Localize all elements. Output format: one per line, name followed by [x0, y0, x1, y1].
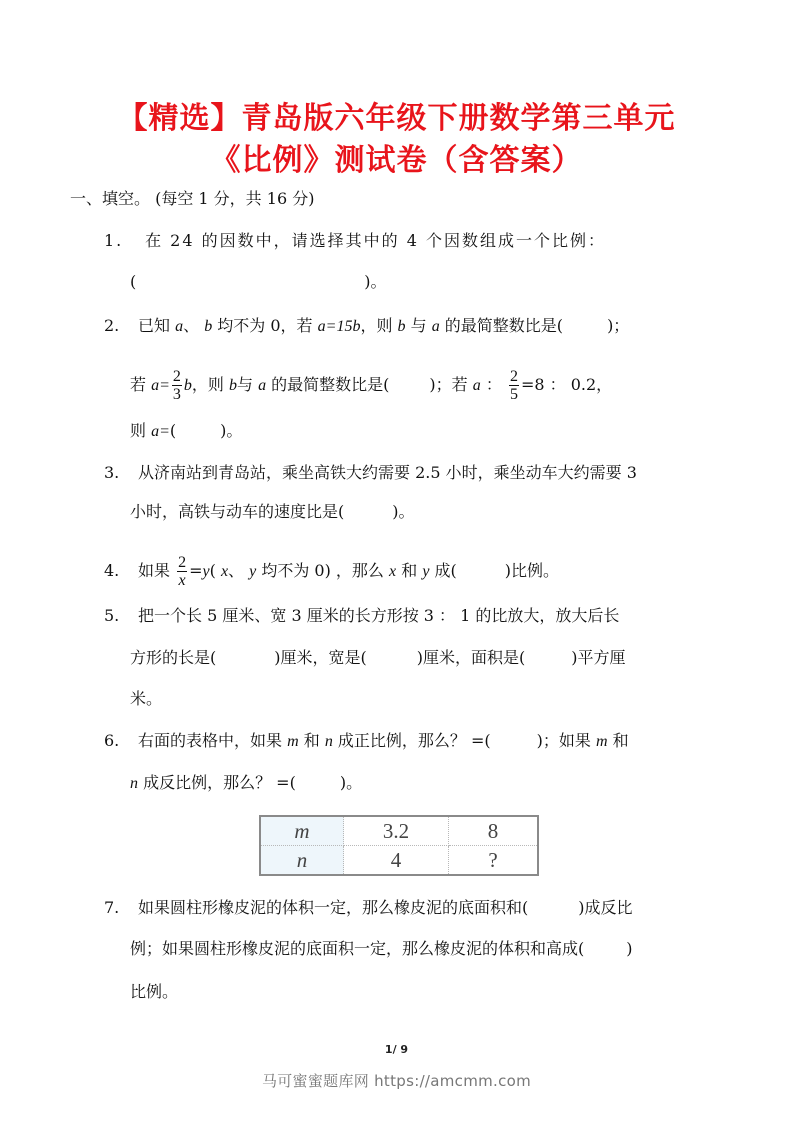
- text: 均不为 0，若: [212, 316, 317, 335]
- text: )厘米，面积是(: [417, 648, 526, 667]
- fraction-numerator: 2: [509, 368, 519, 386]
- text: )。: [220, 421, 242, 440]
- text: )；: [607, 316, 629, 335]
- text: 成正比例，那么？ =(: [333, 731, 491, 750]
- equation: a=: [151, 423, 170, 440]
- question-5-line-3: 米。: [130, 689, 162, 709]
- question-3-line-2: 小时，高铁与动车的速度比是()。: [130, 502, 415, 522]
- text: 米。: [130, 689, 162, 708]
- table-cell: 4: [344, 846, 449, 876]
- text: 方形的长是(: [130, 648, 216, 667]
- row-header: n: [260, 846, 344, 876]
- text: 若: [130, 375, 151, 394]
- question-number: 7.: [104, 898, 138, 918]
- question-6-line-2: n 成反比例，那么？ =()。: [130, 773, 362, 794]
- fraction-two-thirds: 23: [172, 368, 182, 403]
- var-b: b: [204, 318, 212, 335]
- document-title-line-1: 【精选】青岛版六年级下册数学第三单元: [0, 101, 793, 137]
- fraction-denominator: 3: [172, 386, 182, 403]
- question-text: 把一个长 5 厘米、宽 3 厘米的长方形按 3 ： 1 的比放大，放大后长: [138, 606, 619, 625]
- text: )成反比: [578, 898, 632, 917]
- text: 、: [228, 561, 249, 580]
- fraction-numerator: 2: [172, 368, 182, 386]
- text: =: [189, 561, 202, 580]
- table-cell: ?: [449, 846, 539, 876]
- text: 、: [183, 316, 204, 335]
- text: )。: [392, 502, 414, 521]
- text: 的最简整数比是(: [440, 316, 563, 335]
- text: )。: [340, 773, 362, 792]
- text: 的最简整数比是(: [266, 375, 389, 394]
- table-cell: 3.2: [344, 816, 449, 846]
- table-row-m: m 3.2 8: [260, 816, 538, 846]
- fraction-two-over-x: 2x: [177, 554, 187, 589]
- text: )；若: [429, 375, 472, 394]
- section-heading: 一、填空。 (每空 1 分，共 16 分): [70, 189, 314, 209]
- question-number: 6.: [104, 731, 138, 751]
- text: 和: [396, 561, 422, 580]
- text: ：: [481, 375, 507, 394]
- question-2-line-2: 若 a=23b，则 b与 a 的最简整数比是()；若 a ： 25=8 ： 0.…: [130, 368, 612, 403]
- equation: a=: [151, 377, 170, 394]
- document-title-line-2: 《比例》测试卷（含答案）: [0, 143, 793, 179]
- var-n: n: [325, 733, 333, 750]
- question-6-line-1: 6.右面的表格中，如果 m 和 n 成正比例，那么？ =()；如果 m 和: [104, 731, 629, 752]
- question-1-line-1: 1. 在 24 的因数中，请选择其中的 4 个因数组成一个比例：: [104, 231, 606, 251]
- text: 已知: [138, 316, 175, 335]
- table-cell: 8: [449, 816, 539, 846]
- question-number: 3.: [104, 463, 138, 483]
- text: (: [210, 561, 221, 580]
- question-2-line-1: 2.已知 a、 b 均不为 0，若 a=15b，则 b 与 a 的最简整数比是(…: [104, 316, 629, 337]
- text: ，则: [360, 316, 397, 335]
- text: ): [626, 939, 632, 958]
- var-a: a: [473, 377, 481, 394]
- var-b: b: [229, 377, 237, 394]
- watermark: 马可蜜蜜题库网 https://amcmm.com: [0, 1070, 793, 1091]
- table-row-n: n 4 ?: [260, 846, 538, 876]
- text: 与: [237, 375, 258, 394]
- question-4-line: 4.如果 2x=y( x、 y 均不为 0) ，那么 x 和 y 成()比例。: [104, 554, 559, 589]
- question-5-line-1: 5.把一个长 5 厘米、宽 3 厘米的长方形按 3 ： 1 的比放大，放大后长: [104, 606, 619, 626]
- var-a: a: [432, 318, 440, 335]
- question-number: 1.: [104, 231, 138, 251]
- question-3-line-1: 3.从济南站到青岛站，乘坐高铁大约需要 2.5 小时，乘坐动车大约需要 3: [104, 463, 637, 483]
- fraction-numerator: 2: [177, 554, 187, 572]
- question-text: 从济南站到青岛站，乘坐高铁大约需要 2.5 小时，乘坐动车大约需要 3: [138, 463, 637, 482]
- question-2-line-3: 则 a=()。: [130, 421, 242, 442]
- answer-blank-close: )。: [364, 272, 386, 291]
- text: 右面的表格中，如果: [138, 731, 287, 750]
- fraction-denominator: x: [177, 572, 187, 589]
- fraction-denominator: 5: [509, 386, 519, 403]
- var-m: m: [287, 733, 299, 750]
- text: ，则: [192, 375, 229, 394]
- var-y: y: [203, 563, 210, 580]
- question-number: 4.: [104, 561, 138, 581]
- var-n: n: [130, 775, 138, 792]
- text: (: [170, 421, 176, 440]
- var-b: b: [184, 377, 192, 394]
- question-text: 在 24 的因数中，请选择其中的 4 个因数组成一个比例：: [145, 231, 606, 250]
- question-7-line-3: 比例。: [130, 982, 178, 1002]
- var-x: x: [221, 563, 228, 580]
- question-5-line-2: 方形的长是()厘米，宽是()厘米，面积是()平方厘: [130, 648, 626, 668]
- var-m: m: [596, 733, 608, 750]
- text: 成反比例，那么？ =(: [138, 773, 296, 792]
- text: =8 ： 0.2，: [521, 375, 612, 394]
- equation: a=15b: [318, 318, 361, 335]
- text: 则: [130, 421, 151, 440]
- question-1-line-2: ()。: [130, 272, 387, 292]
- row-header: m: [260, 816, 344, 846]
- text: )比例。: [505, 561, 559, 580]
- question-7-line-1: 7.如果圆柱形橡皮泥的体积一定，那么橡皮泥的底面积和()成反比: [104, 898, 633, 918]
- text: 成(: [429, 561, 456, 580]
- ratio-table: m 3.2 8 n 4 ?: [259, 815, 539, 876]
- text: 如果圆柱形橡皮泥的体积一定，那么橡皮泥的底面积和(: [138, 898, 528, 917]
- question-7-line-2: 例；如果圆柱形橡皮泥的底面积一定，那么橡皮泥的体积和高成(): [130, 939, 633, 959]
- var-a: a: [258, 377, 266, 394]
- text: 与: [406, 316, 432, 335]
- text: )平方厘: [571, 648, 625, 667]
- text: 和: [608, 731, 629, 750]
- text: )；如果: [537, 731, 596, 750]
- var-a: a: [175, 318, 183, 335]
- fraction-two-fifths: 25: [509, 368, 519, 403]
- text: 例；如果圆柱形橡皮泥的底面积一定，那么橡皮泥的体积和高成(: [130, 939, 584, 958]
- question-number: 5.: [104, 606, 138, 626]
- text: )厘米，宽是(: [274, 648, 367, 667]
- question-number: 2.: [104, 316, 138, 336]
- var-b: b: [398, 318, 406, 335]
- page-number: 1/ 9: [0, 1043, 793, 1056]
- text: 如果: [138, 561, 175, 580]
- text: 均不为 0) ，那么: [256, 561, 389, 580]
- text: 小时，高铁与动车的速度比是(: [130, 502, 344, 521]
- text: 比例。: [130, 982, 178, 1001]
- text: 和: [299, 731, 325, 750]
- answer-blank-open: (: [130, 272, 136, 291]
